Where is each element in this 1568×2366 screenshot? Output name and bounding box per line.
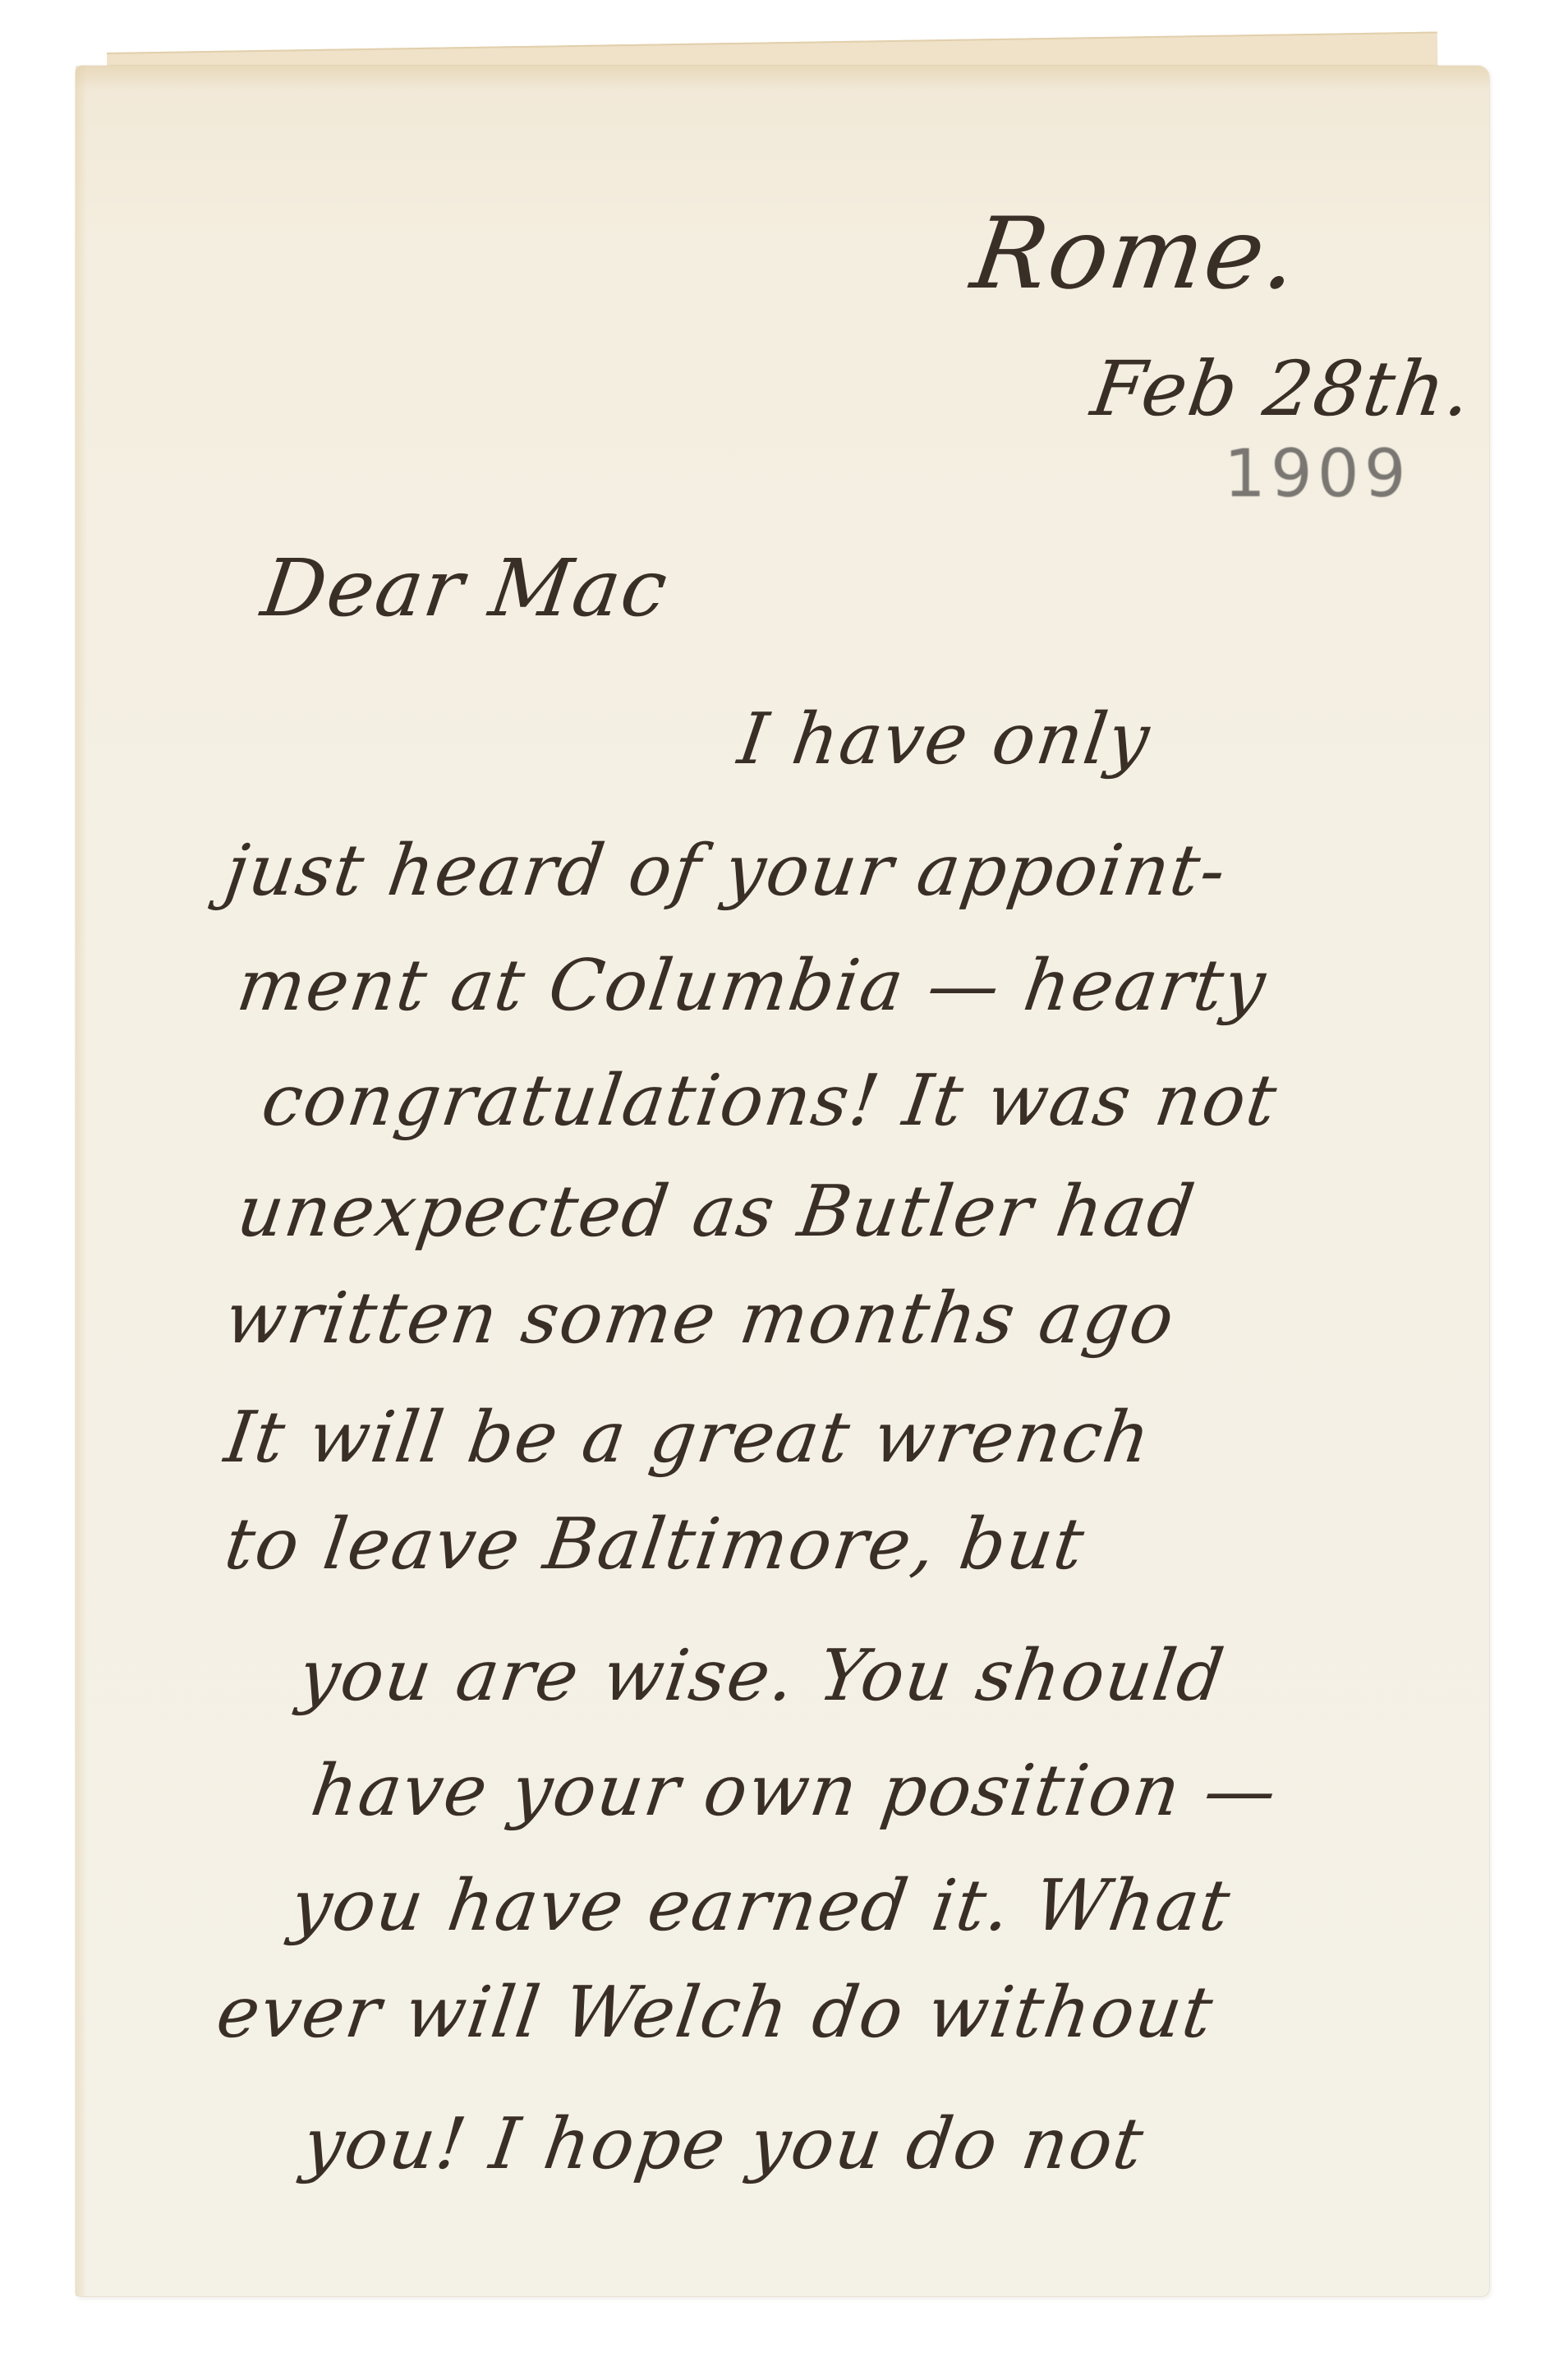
letter-line: you are wise. You should [294, 1635, 1230, 1717]
letter-line: you have earned it. What [286, 1865, 1236, 1947]
letter-line: you! I hope you do not [298, 2103, 1149, 2185]
letter-line: have your own position — [306, 1750, 1283, 1832]
letter-line: I have only [733, 698, 1156, 780]
letter-line: congratulations! It was not [257, 1060, 1283, 1142]
letter-line: written some months ago [220, 1277, 1180, 1360]
letter-date: Feb 28th. [1086, 345, 1478, 433]
letter-place: Rome. [965, 197, 1306, 311]
letter-line: It will be a great wrench [220, 1397, 1156, 1479]
pencil-year-annotation: 1909 [1224, 435, 1411, 512]
letter-line: ment at Columbia — hearty [232, 945, 1271, 1027]
salutation: Dear Mac [256, 542, 674, 634]
letter-line: just heard of your appoint- [220, 830, 1232, 912]
letter-line: unexpected as Butler had [232, 1171, 1201, 1253]
letter-line: ever will Welch do without [212, 1972, 1219, 2054]
letter-line: to leave Baltimore, but [220, 1503, 1090, 1586]
